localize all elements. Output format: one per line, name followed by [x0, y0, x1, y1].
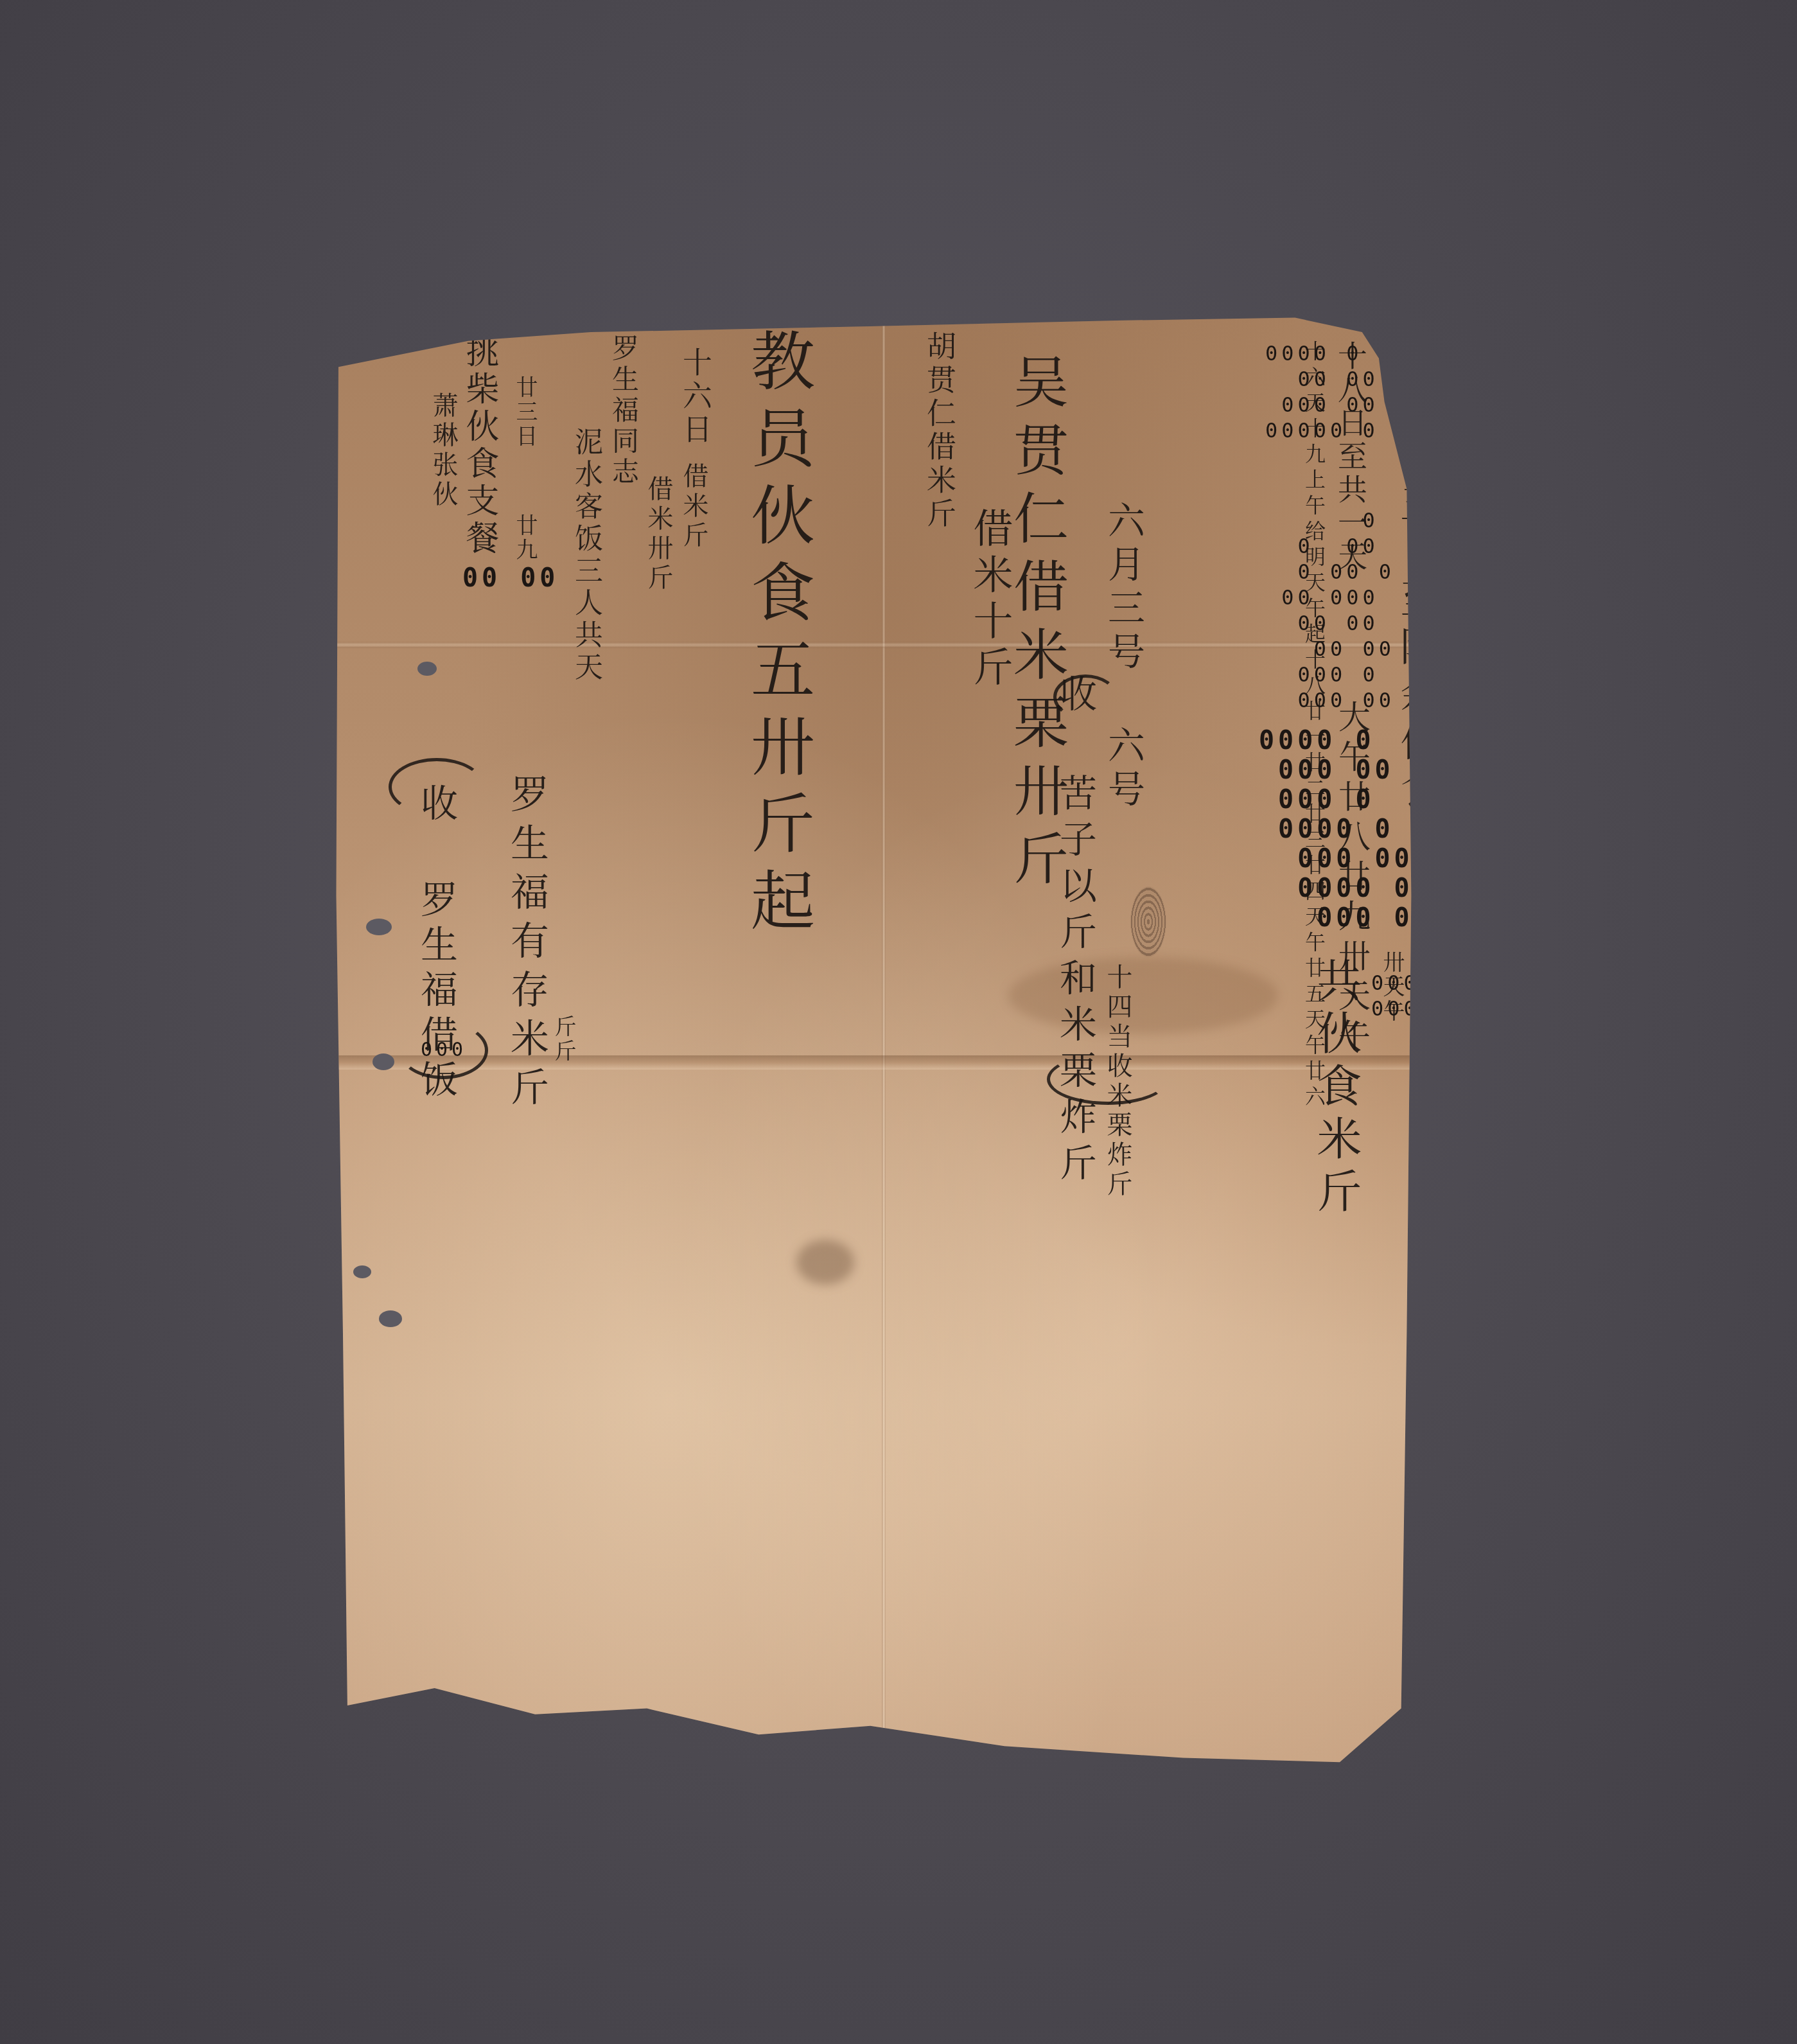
tally-marks: 0000 0 000 00 000 0 0000 0 000 00 0000 0…: [1259, 726, 1414, 933]
paper-hole: [379, 1310, 402, 1327]
firewood-meal-entry: 挑柴伙食支餐: [462, 334, 496, 558]
receipt-bracket: [1053, 674, 1118, 719]
ink-stain: [796, 1240, 854, 1285]
receipt-column: 收 苦子以斤和米栗炸斤: [1056, 674, 1094, 1190]
receipt-bracket: [1047, 1053, 1169, 1105]
rice-loan-entry: 借米斤: [681, 463, 706, 551]
thumbprint: [1130, 886, 1166, 957]
paper-hole: [373, 1053, 394, 1070]
borrower-hu-guanren: 胡贯仁借米斤: [925, 331, 954, 531]
tally-marks: 0000 0 00 00 000 00 00000 0: [1265, 340, 1379, 443]
vertical-fold-crease: [882, 315, 886, 1766]
paper-hole: [366, 919, 392, 935]
receipt-bracket: [398, 1021, 488, 1079]
water-stain: [1008, 957, 1278, 1034]
comrade-luo-shengfu: 罗生福同志: [610, 334, 637, 488]
luo-shengfu-rice-stock: 罗生福有存米斤: [507, 774, 546, 1116]
date-16: 十六日: [681, 347, 710, 447]
date-29: 廿九: [514, 514, 536, 563]
stock-unit: 斤斤: [552, 1015, 574, 1064]
middle-fold-crease: [334, 1055, 1451, 1070]
total-rice-column: 共伙食米斤: [1313, 957, 1358, 1220]
rice-loan-entry: 借米卅斤: [645, 475, 671, 594]
rice-loan-column: 借米十斤: [970, 507, 1010, 692]
meal-tally: 00 00: [462, 565, 559, 591]
june-date-column: 六月三号 六号: [1105, 501, 1142, 813]
total-tally: 000 000: [1371, 970, 1420, 1021]
receipt-bracket: [389, 758, 485, 816]
names-column: 萧琳张伙: [430, 392, 456, 510]
paper-hole: [417, 662, 437, 676]
document-paper: 五月十五日至除余伙食 十八日至共一天 十六天十九上午给明天午起十八廿一廿二廿三廿…: [334, 315, 1451, 1766]
tally-marks: 0 0 00 0 00 0 00 000 00 00 00 00 000 0 0…: [1265, 507, 1395, 713]
mason-meal-entry: 泥水客饭三人共天: [572, 427, 600, 684]
paper-hole: [353, 1265, 371, 1278]
teacher-meals-heading: 教员伙食五卅斤起: [745, 328, 809, 944]
date-23: 廿三日: [514, 376, 536, 449]
